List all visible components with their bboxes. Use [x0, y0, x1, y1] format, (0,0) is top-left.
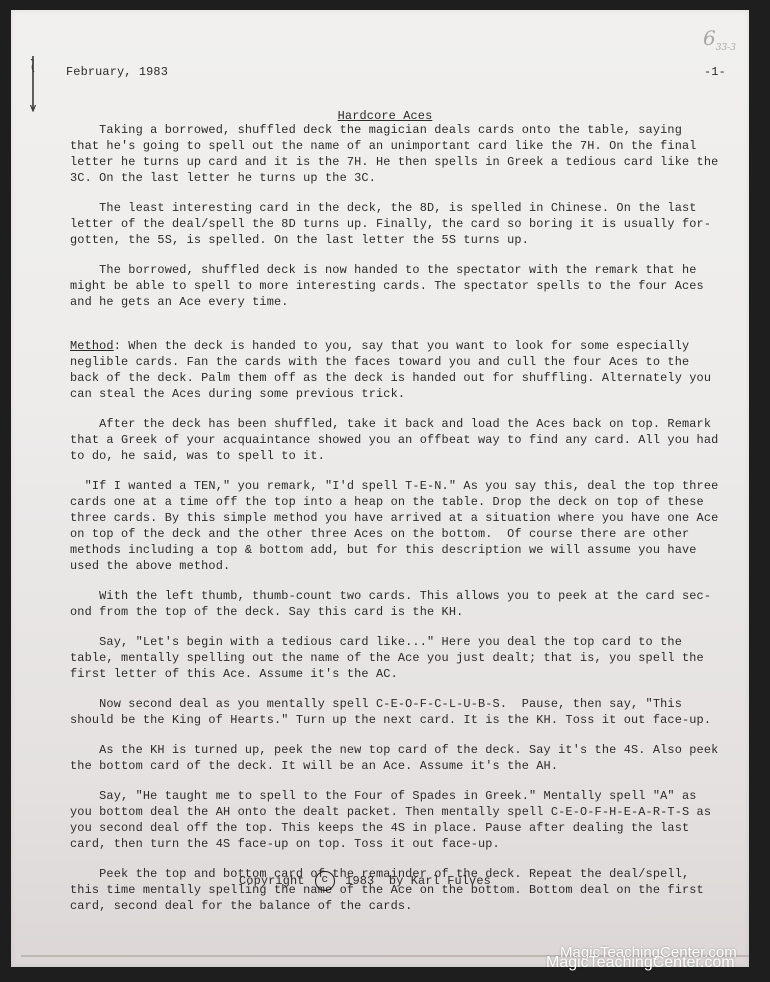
text-line: table, mentally spelling out the name of…	[70, 650, 720, 666]
text-line: might be able to spell to more interesti…	[70, 278, 720, 294]
text-line: neglible cards. Fan the cards with the f…	[70, 354, 720, 370]
text-line-rest: : When the deck is handed to you, say th…	[114, 339, 690, 353]
text-line: card, second deal for the balance of the…	[70, 898, 720, 914]
method-paragraph: Method: When the deck is handed to you, …	[70, 338, 720, 402]
text-line: The borrowed, shuffled deck is now hande…	[70, 262, 720, 278]
paragraph: "If I wanted a TEN," you remark, "I'd sp…	[70, 478, 720, 574]
text-line: cards one at a time off the top into a h…	[70, 494, 720, 510]
paragraph: After the deck has been shuffled, take i…	[70, 416, 720, 464]
text-line: you second deal off the top. This keeps …	[70, 820, 720, 836]
paragraph: Say, "Let's begin with a tedious card li…	[70, 634, 720, 682]
text-line: that a Greek of your acquaintance showed…	[70, 432, 720, 448]
text-line: With the left thumb, thumb-count two car…	[70, 588, 720, 604]
method-label: Method	[70, 339, 114, 353]
text-line: gotten, the 5S, is spelled. On the last …	[70, 232, 720, 248]
handwritten-note-main: 6	[703, 26, 716, 50]
text-line: Say, "He taught me to spell to the Four …	[70, 788, 720, 804]
copyright-line: Copyright c 1983 by Karl Fulves	[239, 871, 491, 891]
text-line: you bottom deal the AH onto the dealt pa…	[70, 804, 720, 820]
text-line: Say, "Let's begin with a tedious card li…	[70, 634, 720, 650]
text-line: letter of the deal/spell the 8D turns up…	[70, 216, 720, 232]
text-line: three cards. By this simple method you h…	[70, 510, 720, 526]
text-line: the bottom card of the deck. It will be …	[70, 758, 720, 774]
text-line: to do, he said, was to spell to it.	[70, 448, 720, 464]
text-line: back of the deck. Palm them off as the d…	[70, 370, 720, 386]
paragraph: Taking a borrowed, shuffled deck the mag…	[70, 122, 720, 186]
text-line: methods including a top & bottom add, bu…	[70, 542, 720, 558]
text-line: card, then turn the 4S face-up on top. T…	[70, 836, 720, 852]
text-line: that he's going to spell out the name of…	[70, 138, 720, 154]
document-body: Taking a borrowed, shuffled deck the mag…	[70, 122, 720, 928]
text-line: After the deck has been shuffled, take i…	[70, 416, 720, 432]
header-date: February, 1983	[66, 64, 168, 80]
text-line: Now second deal as you mentally spell C-…	[70, 696, 720, 712]
paragraph: With the left thumb, thumb-count two car…	[70, 588, 720, 620]
handwritten-note-sub: 33-3	[716, 43, 736, 53]
copyright-prefix: Copyright	[239, 874, 305, 888]
text-line: 3C. On the last letter he turns up the 3…	[70, 170, 720, 186]
copyright-year: 1983	[345, 874, 374, 888]
text-line: As the KH is turned up, peek the new top…	[70, 742, 720, 758]
page-number: -1-	[704, 64, 726, 80]
text-line: "If I wanted a TEN," you remark, "I'd sp…	[70, 478, 720, 494]
paragraph: As the KH is turned up, peek the new top…	[70, 742, 720, 774]
copyright-author: by Karl Fulves	[389, 874, 491, 888]
text-line: and he gets an Ace every time.	[70, 294, 720, 310]
text-line: ond from the top of the deck. Say this c…	[70, 604, 720, 620]
text-line: should be the King of Hearts." Turn up t…	[70, 712, 720, 728]
text-line: letter he turns up card and it is the 7H…	[70, 154, 720, 170]
handwritten-note: 633-3	[703, 28, 736, 53]
paragraph: Now second deal as you mentally spell C-…	[70, 696, 720, 728]
text-line: on top of the deck and the other three A…	[70, 526, 720, 542]
text-line: Taking a borrowed, shuffled deck the mag…	[70, 122, 720, 138]
paragraph: The borrowed, shuffled deck is now hande…	[70, 262, 720, 310]
text-line: The least interesting card in the deck, …	[70, 200, 720, 216]
margin-arrow-icon	[29, 54, 37, 112]
copyright-symbol-icon: c	[315, 871, 335, 891]
watermark: MagicTeachingCenter.com	[546, 954, 735, 972]
paragraph: Say, "He taught me to spell to the Four …	[70, 788, 720, 852]
text-line: first letter of this Ace. Assume it's th…	[70, 666, 720, 682]
paragraph: The least interesting card in the deck, …	[70, 200, 720, 248]
text-line: can steal the Aces during some previous …	[70, 386, 720, 402]
text-line: Method: When the deck is handed to you, …	[70, 338, 720, 354]
text-line: used the above method.	[70, 558, 720, 574]
